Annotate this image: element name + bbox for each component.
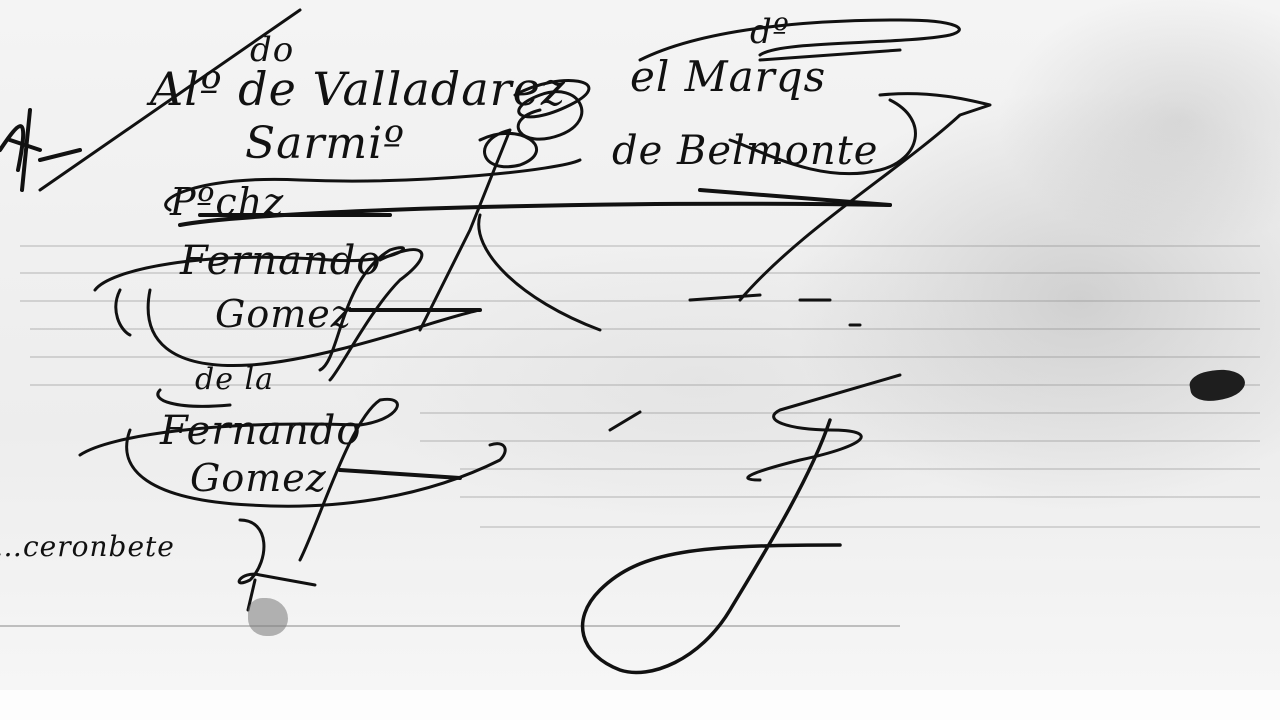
seal-stain bbox=[248, 598, 288, 636]
manuscript-page: do Alº de Valladarez Sarmiº Pºchz dº el … bbox=[0, 0, 1280, 720]
page-bottom-margin bbox=[0, 690, 1280, 720]
signature-flourishes bbox=[0, 0, 1280, 720]
